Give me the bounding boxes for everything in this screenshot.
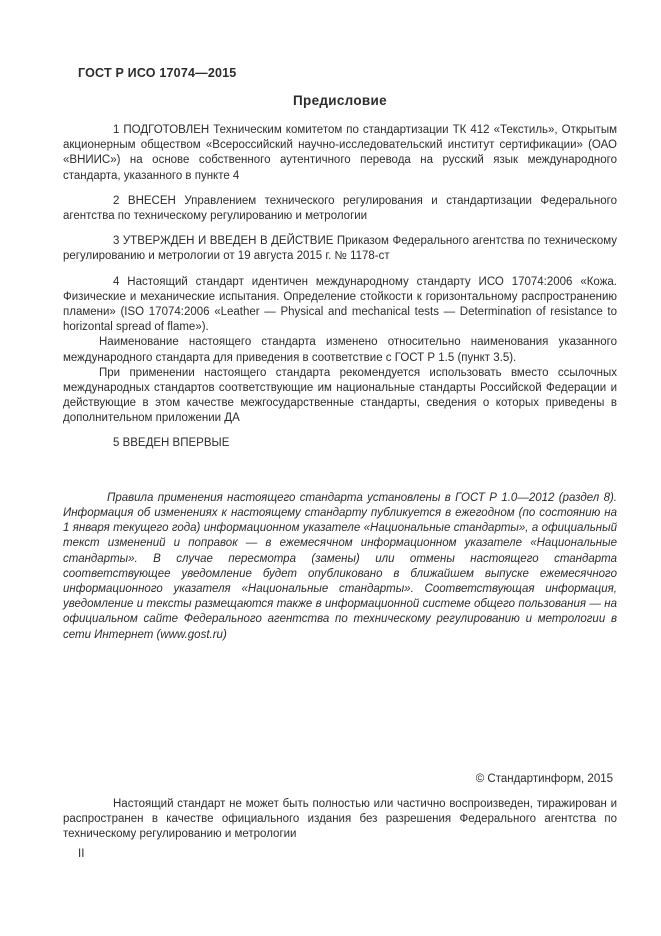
page-title: Предисловие: [63, 93, 617, 109]
foreword-item-prepared: 1 ПОДГОТОВЛЕН Техническим комитетом по с…: [63, 123, 617, 184]
foreword-item-identical-standard: 4 Настоящий стандарт идентичен междунаро…: [63, 275, 617, 336]
document-content: ГОСТ Р ИСО 17074—2015 Предисловие 1 ПОДГ…: [63, 66, 617, 643]
reproduction-restriction-note: Настоящий стандарт не может быть полност…: [63, 797, 617, 843]
foreword-note-name-change: Наименование настоящего стандарта измене…: [63, 335, 617, 365]
foreword-item-first-edition: 5 ВВЕДЕН ВПЕРВЫЕ: [63, 436, 617, 451]
copyright-notice: © Стандартинформ, 2015: [476, 772, 613, 787]
foreword-item-approved: 3 УТВЕРЖДЕН И ВВЕДЕН В ДЕЙСТВИЕ Приказом…: [63, 234, 617, 264]
document-page: ГОСТ Р ИСО 17074—2015 Предисловие 1 ПОДГ…: [0, 0, 661, 936]
page-number: II: [78, 847, 84, 861]
foreword-note-references: При применении настоящего стандарта реко…: [63, 366, 617, 427]
document-code: ГОСТ Р ИСО 17074—2015: [63, 66, 617, 81]
application-rules-note: Правила применения настоящего стандарта …: [63, 491, 617, 643]
foreword-item-submitted: 2 ВНЕСЕН Управлением технического регули…: [63, 194, 617, 224]
